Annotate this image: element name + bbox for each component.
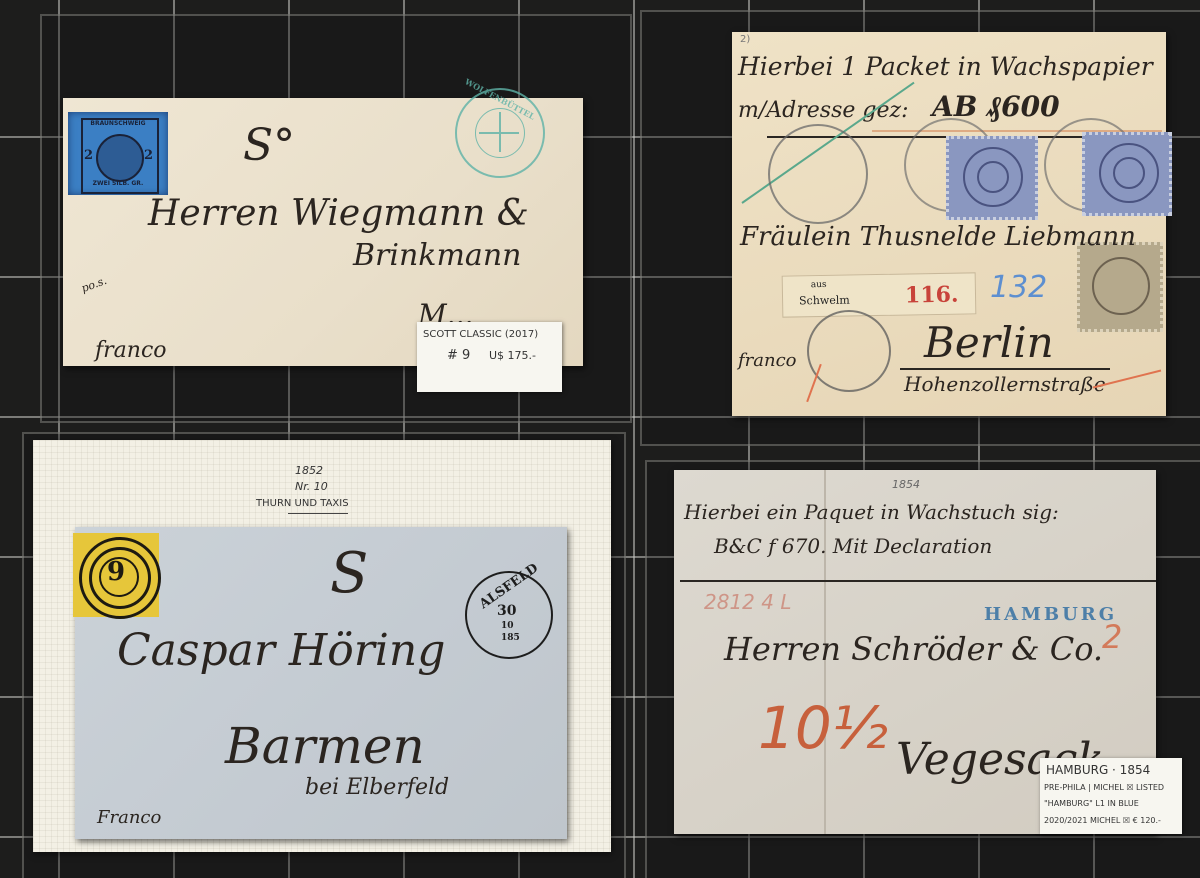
- label-line3: "HAMBURG" L1 IN BLUE: [1044, 799, 1139, 808]
- stamp-value-text: ZWEI SILB. GR.: [82, 180, 154, 187]
- city-underline: [900, 368, 1110, 370]
- address-city: Barmen: [225, 717, 425, 775]
- cover-norddeutscher-postbezirk: 2) Hierbei 1 Packet in Wachspapier m/Adr…: [732, 32, 1166, 416]
- stamp-denomination-right: 2: [144, 148, 153, 163]
- franco-note: Franco: [97, 807, 161, 828]
- registration-number: 116.: [905, 282, 959, 309]
- address-line2: Brinkmann: [353, 238, 521, 273]
- album-number: Nr. 10: [295, 480, 328, 493]
- price-label-scott: SCOTT CLASSIC (2017) # 9 U$ 175.-: [417, 322, 562, 392]
- address-line1: Fräulein Thusnelde Liebmann: [740, 222, 1136, 252]
- label-line1: SCOTT CLASSIC (2017): [423, 329, 538, 340]
- heading-line1: Hierbei 1 Packet in Wachspapier: [738, 52, 1153, 81]
- heading-line1: Hierbei ein Paquet in Wachstuch sig:: [684, 500, 1059, 524]
- franco-note: franco: [738, 350, 797, 371]
- label-line2: PRE-PHILA | MICHEL ☒ LISTED: [1044, 783, 1164, 792]
- hamburg-l1-cancel: HAMBURG: [984, 604, 1117, 625]
- postmark-schwelm: [768, 124, 868, 224]
- red-mark: 2: [1102, 618, 1122, 656]
- address-city: Berlin: [924, 318, 1054, 367]
- year-note: 1854: [892, 478, 920, 491]
- stamp-thurn-und-taxis-9kr: 9: [73, 533, 159, 617]
- address-sub: bei Elberfeld: [305, 775, 449, 800]
- registration-from-line1: aus: [811, 280, 827, 290]
- postmark-alsfeld: ALSFELD 30 10 185: [465, 571, 553, 659]
- address-line1: Herren Wiegmann &: [148, 193, 529, 234]
- stamp-ndp-2gr: [946, 136, 1038, 220]
- stamp-denomination: 9: [107, 557, 125, 587]
- heading-rule: [680, 580, 1156, 582]
- stamp-ndp-2gr: [1082, 132, 1172, 216]
- album-title: THURN UND TAXIS: [256, 498, 349, 509]
- stamp-denomination: 2: [84, 148, 93, 163]
- label-line1: HAMBURG · 1854: [1046, 763, 1150, 777]
- cover-thurn-und-taxis: 9 ALSFELD 30 10 185 S Caspar Höring Barm…: [75, 527, 567, 839]
- address-line1: Caspar Höring: [117, 625, 445, 676]
- label-line3: U$ 175.-: [489, 349, 536, 362]
- address-salutation: S: [330, 541, 368, 606]
- margin-note: po.s.: [80, 274, 109, 295]
- registration-from-line2: Schwelm: [799, 294, 850, 308]
- postmark-month: 10: [501, 621, 514, 631]
- registration-label: aus Schwelm 116.: [782, 272, 977, 317]
- rate-marking: 10½: [758, 694, 888, 762]
- margin-number: 2): [740, 34, 750, 45]
- stamp-braunschweig-2sgr: BRAUNSCHWEIG 2 2 ZWEI SILB. GR.: [68, 112, 168, 195]
- postmark-year: 185: [501, 633, 520, 643]
- label-line4: 2020/2021 MICHEL ☒ € 120.-: [1044, 816, 1161, 825]
- heading-line2: B&C f 670. Mit Declaration: [714, 534, 992, 558]
- postmark-ausg: [807, 310, 891, 392]
- address-salutation: S°: [243, 120, 295, 171]
- postmark-day: 30: [497, 603, 516, 619]
- postmark-wolfenbuettel: WOLFENBÜTTEL: [455, 88, 545, 178]
- album-year: 1852: [295, 464, 323, 477]
- address-street: Hohenzollernstraße: [904, 372, 1106, 396]
- red-note: 2812 4 L: [704, 590, 791, 614]
- album-title-underline: [288, 513, 348, 514]
- price-label-hamburg: HAMBURG · 1854 PRE-PHILA | MICHEL ☒ LIST…: [1040, 758, 1182, 834]
- stamp-issuer: BRAUNSCHWEIG: [82, 120, 154, 127]
- address-line1: Herren Schröder & Co.: [724, 630, 1103, 668]
- blue-crayon-number: 132: [990, 270, 1047, 305]
- stamp-ndp-5gr: [1077, 242, 1163, 332]
- franco-note: franco: [95, 338, 167, 363]
- label-line2: # 9: [447, 348, 470, 363]
